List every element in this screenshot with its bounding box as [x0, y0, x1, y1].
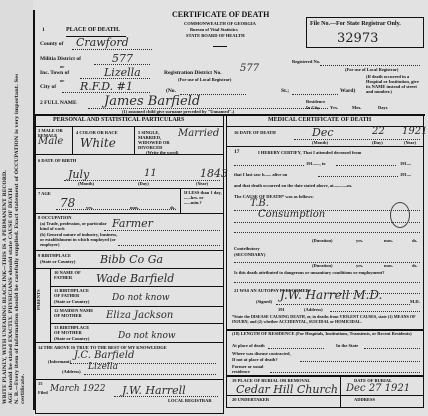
dod-label: 16 DATE OF DEATH: [234, 130, 276, 135]
duration-2-yrs: yrs.: [356, 263, 363, 268]
burial-divider: [340, 377, 341, 407]
dod-year: 1921: [402, 126, 427, 137]
dod-month-label: (Month): [312, 140, 328, 145]
age-ds: ds.: [170, 205, 175, 210]
father-bp-value: Do not know: [112, 293, 170, 303]
less-than-day-text: If LESS than 1 day, ......hrs. or ......…: [184, 190, 222, 205]
rule-after-sex: [35, 154, 224, 155]
state-note: *State the DISEASE CAUSING DEATH, or, in…: [232, 314, 422, 324]
duration-2-ds: ds.: [412, 263, 417, 268]
margin-line-4: certificate.: [20, 74, 26, 404]
death-certificate: WRITE PLAINLY, WITH UNFADING BLACK INK—T…: [0, 0, 428, 416]
occupation-a: (a) Trade, profession, or particular kin…: [40, 221, 110, 231]
rule-after-father: [51, 286, 224, 287]
signed-line: [276, 304, 410, 305]
in-state-label: In the State: [336, 343, 358, 348]
state-note-text: *State the DISEASE CAUSING DEATH, or, in…: [232, 314, 416, 324]
cause-label: The CAUSE OF DEATH* was as follows:: [234, 194, 314, 199]
duration-2-mos: mos.: [384, 263, 393, 268]
occupation-b-line: [118, 245, 220, 246]
divider-color: [134, 126, 135, 154]
former-residence: Former or usual residence: [232, 364, 272, 374]
physician-address-line: [330, 311, 420, 312]
personal-heading: PERSONAL AND STATISTICAL PARTICULARS: [53, 117, 184, 123]
title-rule: [213, 46, 227, 47]
medical-heading: MEDICAL CERTIFICATE OF DEATH: [268, 117, 371, 123]
burial-date-value: Dec 27 1921: [346, 383, 410, 394]
father-bp-label: 11 BIRTHPLACE OF FATHER: [54, 288, 94, 298]
rule-after-mother-bp: [35, 342, 224, 343]
address-line: [84, 374, 216, 375]
county-label: County of: [40, 41, 63, 47]
cause-1: T.B.: [250, 198, 269, 209]
rule-after-dob: [35, 188, 224, 189]
birthplace-value: Bibb Co Ga: [100, 253, 163, 266]
file-number: 32973: [337, 31, 378, 46]
father-value: Wade Barfield: [96, 272, 174, 285]
attributed-line: [234, 282, 420, 283]
cause-2: Consumption: [258, 209, 325, 220]
hospital-note: (If death occurred in a Hospital or Inst…: [366, 74, 424, 94]
dod-day-label: (Day): [372, 140, 383, 145]
hospital-note-text: (If death occurred in a Hospital or Inst…: [366, 74, 419, 94]
mother-bp-label-text: 13 BIRTHPLACE OF MOTHER: [54, 325, 89, 335]
registered-line: [320, 65, 420, 66]
town-value: Lizella: [104, 66, 141, 79]
personal-heading-rule: [35, 126, 224, 127]
rule-before-undertaker: [226, 395, 424, 396]
city-label: City of: [40, 84, 56, 90]
age-label: 7 AGE: [38, 191, 51, 196]
ward-label: Ward): [340, 88, 355, 94]
ward-line: [292, 94, 338, 95]
duration-1-ds: ds.: [412, 238, 417, 243]
signed-label: (Signed): [256, 299, 272, 304]
age-mos: mos.: [130, 205, 139, 210]
occupation-b: (b) General nature of industry, business…: [40, 232, 120, 247]
occupation-a-text: (a) Trade, profession, or particular kin…: [40, 221, 107, 231]
attend-to-line: [336, 165, 396, 166]
reg-district-note: (For use of Local Registrar): [178, 77, 231, 82]
county-line: [72, 49, 152, 50]
rule-after-age: [35, 213, 224, 214]
file-number-label: File No.—For State Registrar Only.: [310, 21, 401, 27]
age-value: 78: [60, 196, 75, 210]
militia-label: Militia District of: [40, 56, 81, 62]
residence-days: Days: [378, 105, 388, 110]
at-place-label: At place of death: [232, 343, 265, 348]
reg-district-label: Registration District No.: [164, 70, 222, 76]
residence-in-city: In City: [306, 105, 320, 110]
mother-bp-label: 13 BIRTHPLACE OF MOTHER: [54, 325, 94, 335]
divider-age: [180, 189, 181, 213]
dob-year: 1843: [200, 167, 228, 180]
margin-line-3: N. B.—Every item of information should b…: [14, 74, 20, 404]
stamp-mark: [390, 202, 410, 228]
filed-value: March 1922: [50, 384, 106, 394]
residence-mos: Mos.: [352, 105, 361, 110]
contracted-line: [300, 361, 420, 362]
physician-address-label: (Address): [304, 307, 323, 312]
parents-divider: [50, 268, 51, 342]
rule-after-mother: [51, 323, 224, 324]
father-bp-note: (State or Country): [54, 299, 89, 304]
age-line: [56, 209, 176, 210]
length-residence-label: (18) LENGTH OF RESIDENCE (For Hospitals,…: [232, 331, 422, 336]
death-occurred: and that death occurred on the date stat…: [234, 183, 352, 188]
certificate-subtitle: COMMONWEALTH OF GEORGIA: [184, 21, 256, 26]
filed-num: 15: [38, 381, 43, 386]
signed-md: M.D.: [410, 299, 420, 304]
margin-instructions: WRITE PLAINLY, WITH UNFADING BLACK INK—T…: [0, 0, 33, 416]
or-1: or: [60, 64, 64, 69]
rule-after-occupation: [35, 250, 224, 251]
informant-label: (Informant): [48, 359, 71, 364]
st-label: St.;: [281, 88, 289, 94]
certify-text: I HEREBY CERTIFY, That I attended deceas…: [258, 150, 361, 155]
dob-day-label: (Day): [138, 181, 149, 186]
if-not-place: If not at place of death?: [232, 357, 278, 362]
color-value: White: [80, 136, 116, 150]
mother-label-text: 12 MAIDEN NAME OF MOTHER: [54, 308, 93, 318]
occupation-label: 8 OCCUPATION: [38, 215, 71, 220]
mother-bp-note: (State or Country): [54, 336, 89, 341]
mother-bp-value: Do not know: [118, 331, 176, 341]
militia-value: 577: [112, 52, 133, 65]
file-number-box: File No.—For State Registrar Only. 32973: [306, 17, 424, 48]
reg-district-value: 577: [240, 63, 259, 74]
place-of-death-heading: PLACE OF DEATH.: [66, 27, 120, 33]
certificate-title: CERTIFICATE OF DEATH: [172, 10, 269, 19]
marital-label: 5 SINGLE, MARRIED, WIDOWED OR DIVORCED: [138, 130, 182, 150]
address-value: Lizella: [88, 362, 118, 372]
undertaker-label: 20 UNDERTAKER: [232, 397, 269, 402]
mother-value: Eliza Jackson: [106, 310, 173, 321]
address-191: 191: [278, 307, 285, 312]
registrar-label: LOCAL REGISTRAR: [168, 398, 212, 403]
father-label: 10 NAME OF FATHER: [54, 270, 90, 280]
residence-label: Residence: [306, 99, 325, 104]
dob-day: 11: [144, 168, 157, 179]
former-line: [270, 372, 420, 373]
registered-note: (For use of Local Registrar): [345, 67, 398, 72]
attend-191-a: 191......, to: [306, 161, 326, 166]
less-than-day: If LESS than 1 day, ......hrs. or ......…: [184, 190, 222, 205]
town-label: Inc. Town of: [40, 70, 69, 76]
filed-label: Filed: [38, 390, 48, 395]
length-residence-text: (18) LENGTH OF RESIDENCE (For Hospitals,…: [232, 331, 412, 336]
dob-year-label: (Year): [196, 181, 208, 186]
father-bp-label-text: 11 BIRTHPLACE OF FATHER: [54, 288, 89, 298]
where-contracted: Where was disease contracted,: [232, 351, 291, 356]
marital-value: Married: [178, 128, 219, 139]
dob-month-label: (Month): [78, 181, 94, 186]
dod-day: 22: [372, 126, 385, 137]
rule-before-burial: [226, 375, 424, 377]
physician-signature: J.W. Harrell M.D.: [280, 288, 382, 302]
attributed-question: Is this death attributed to dangerous or…: [234, 270, 385, 275]
marital-label-text: 5 SINGLE, MARRIED, WIDOWED OR DIVORCED: [138, 130, 170, 150]
address-label: (Address): [62, 369, 81, 374]
last-saw: that I last saw h...... alive on: [234, 172, 287, 177]
rule-after-birthplace: [35, 268, 224, 269]
dod-year-label: (Year): [404, 140, 416, 145]
attend-from-line: [234, 165, 304, 166]
color-label: 4 COLOR OR RACE: [76, 130, 118, 135]
registered-label: Registered No.: [292, 59, 320, 64]
full-name-value: James Barfield: [104, 94, 200, 109]
undertaker-address-label: ADDRESS: [354, 397, 375, 402]
age-yrs: yrs.: [86, 205, 93, 210]
sex-value: Male: [38, 136, 63, 147]
duration-1-mos: mos.: [384, 238, 393, 243]
informant-value: J.C. Barfield: [74, 350, 134, 361]
rule-after-dod: [226, 146, 424, 147]
section-1-num: 1: [42, 27, 45, 33]
parents-label: PARENTS: [36, 289, 41, 310]
birthplace-note: (State or Country): [40, 259, 75, 264]
certificate-board: STATE BOARD OF HEALTH: [186, 33, 245, 38]
attend-191-c: 191....: [400, 172, 411, 177]
rule-after-informant: [35, 379, 224, 380]
last-saw-line: [318, 176, 398, 177]
dod-month: Dec: [312, 126, 334, 139]
contributory-label: Contributory: [234, 246, 260, 251]
full-name-label: 2 FULL NAME: [40, 100, 77, 106]
certificate-bureau: Bureau of Vital Statistics: [190, 27, 238, 32]
father-label-text: 10 NAME OF FATHER: [54, 270, 81, 280]
divider-sex: [72, 126, 73, 154]
or-2: or: [60, 78, 64, 83]
mother-label: 12 MAIDEN NAME OF MOTHER: [54, 308, 94, 318]
county-value: Crawford: [76, 36, 129, 49]
city-value: R.F.D. #1: [80, 80, 133, 93]
occupation-line: [104, 230, 220, 231]
certify-num: 17: [234, 149, 240, 155]
duration-1: (Duration): [312, 238, 333, 243]
duration-1-yrs: yrs.: [356, 238, 363, 243]
attend-191-b: 191....: [400, 161, 411, 166]
in-state-line: [364, 348, 420, 349]
residence-yrs: Yrs.: [330, 105, 338, 110]
occupation-b-text: (b) General nature of industry, business…: [40, 232, 117, 247]
rule-after-father-bp: [51, 306, 224, 307]
secondary-label: (SECONDARY): [234, 252, 265, 257]
occupation-value: Farmer: [112, 217, 153, 230]
at-place-line: [268, 348, 324, 349]
registrar-line: [114, 396, 218, 397]
birthplace-label: 9 BIRTHPLACE: [38, 253, 71, 258]
dob-label: 6 DATE OF BIRTH: [38, 158, 76, 163]
cause-line-3: [234, 232, 420, 233]
duration-2: (Duration): [312, 263, 333, 268]
